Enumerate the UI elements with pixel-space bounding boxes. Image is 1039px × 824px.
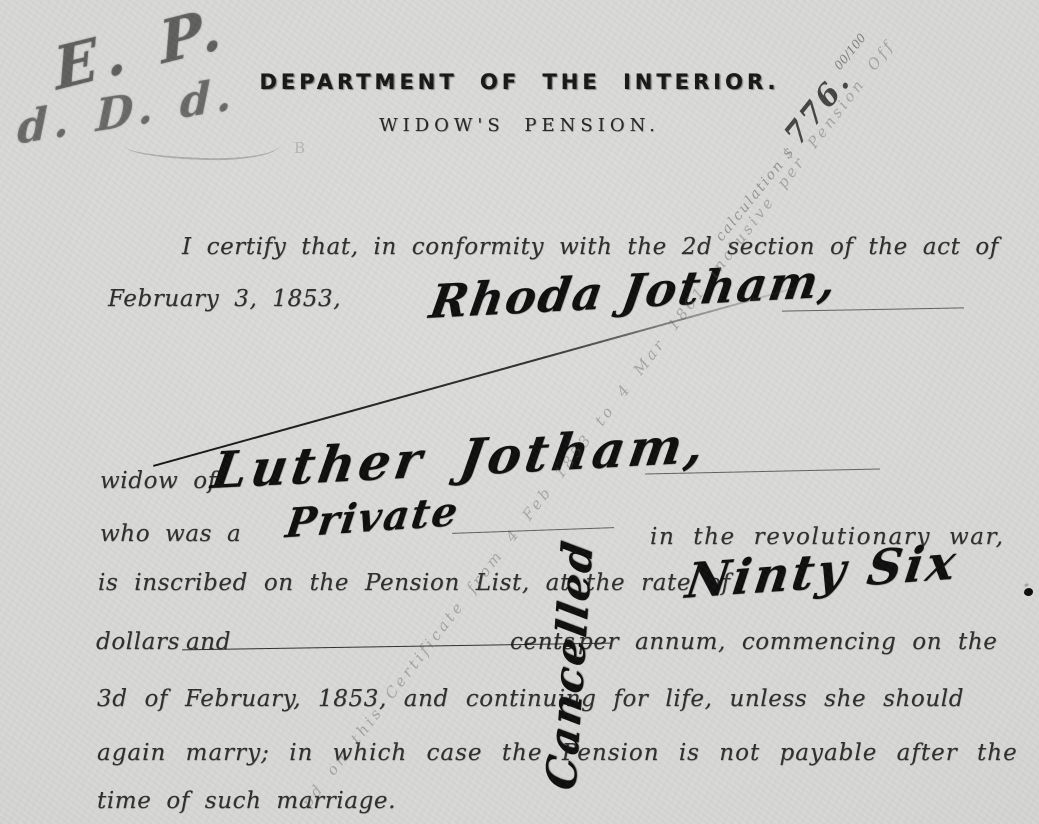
act-date: February 3, 1853,: [108, 286, 341, 312]
document-page: E. P. d. D. d. B DEPARTMENT OF THE INTER…: [0, 0, 1039, 824]
ink-blot: [1024, 588, 1033, 596]
widow-of-label: widow of: [100, 468, 217, 494]
cancelled-handwritten-vertical: Cancelled: [530, 515, 610, 815]
pencil-calculation-note: calculation $ 776.00/100: [701, 31, 885, 247]
struck-word-and: and: [186, 629, 231, 655]
pencil-underline-flourish: [125, 125, 281, 162]
document-subtitle: WIDOW'S PENSION.: [379, 115, 660, 136]
faint-stamp-letter: B: [294, 139, 305, 157]
who-was-a-label: who was a: [100, 521, 241, 547]
dollars-label: dollars: [96, 629, 180, 655]
rank-handwritten: Private: [283, 488, 463, 548]
per-annum-text: per annum, commencing on the: [578, 629, 998, 655]
document-title: DEPARTMENT OF THE INTERIOR.: [260, 70, 780, 94]
commencing-line: 3d of February, 1853, and continuing for…: [97, 686, 964, 712]
certify-line: I certify that, in conformity with the 2…: [182, 234, 999, 260]
pension-rate-line: is inscribed on the Pension List, at the…: [98, 570, 731, 596]
closing-line: time of such marriage.: [97, 788, 396, 814]
